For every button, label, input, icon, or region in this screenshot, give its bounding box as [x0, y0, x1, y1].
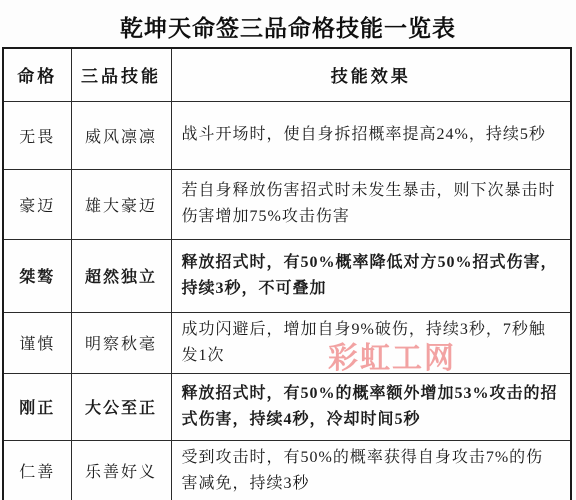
header-skill: 三品技能 [71, 48, 171, 101]
skill-cell: 大公至正 [71, 373, 171, 440]
skill-cell: 乐善好义 [71, 440, 171, 500]
fate-cell: 刚正 [3, 373, 71, 440]
table-row: 仁善 乐善好义 受到攻击时，有50%的概率获得自身攻击7%的伤害减免，持续3秒 [3, 440, 571, 500]
table-body: 无畏 威风凛凛 战斗开场时，使自身拆招概率提高24%，持续5秒 豪迈 雄大豪迈 … [3, 101, 571, 500]
effect-cell: 释放招式时，有50%概率降低对方50%招式伤害，持续3秒，不可叠加 [171, 239, 571, 312]
skill-cell: 威风凛凛 [71, 101, 171, 169]
table-row: 桀骜 超然独立 释放招式时，有50%概率降低对方50%招式伤害，持续3秒，不可叠… [3, 239, 571, 312]
effect-cell: 释放招式时，有50%的概率额外增加53%攻击的招式伤害，持续4秒，冷却时间5秒 [171, 373, 571, 440]
effect-cell: 成功闪避后，增加自身9%破伤，持续3秒，7秒触发1次 [171, 312, 571, 373]
table-row: 豪迈 雄大豪迈 若自身释放伤害招式时未发生暴击，则下次暴击时伤害增加75%攻击伤… [3, 169, 571, 239]
skill-cell: 超然独立 [71, 239, 171, 312]
table-header: 命格 三品技能 技能效果 [3, 48, 571, 101]
skill-cell: 雄大豪迈 [71, 169, 171, 239]
effect-cell: 战斗开场时，使自身拆招概率提高24%，持续5秒 [171, 101, 571, 169]
page-title: 乾坤天命签三品命格技能一览表 [0, 10, 576, 43]
table-row: 谨慎 明察秋毫 成功闪避后，增加自身9%破伤，持续3秒，7秒触发1次 [3, 312, 571, 373]
fate-cell: 桀骜 [3, 239, 71, 312]
header-row: 命格 三品技能 技能效果 [3, 48, 571, 101]
header-fate: 命格 [3, 48, 71, 101]
skill-cell: 明察秋毫 [71, 312, 171, 373]
table-row: 无畏 威风凛凛 战斗开场时，使自身拆招概率提高24%，持续5秒 [3, 101, 571, 169]
header-effect: 技能效果 [171, 48, 571, 101]
fate-cell: 无畏 [3, 101, 71, 169]
fate-cell: 仁善 [3, 440, 71, 500]
skill-table: 命格 三品技能 技能效果 无畏 威风凛凛 战斗开场时，使自身拆招概率提高24%，… [2, 47, 572, 500]
table-row: 刚正 大公至正 释放招式时，有50%的概率额外增加53%攻击的招式伤害，持续4秒… [3, 373, 571, 440]
effect-cell: 若自身释放伤害招式时未发生暴击，则下次暴击时伤害增加75%攻击伤害 [171, 169, 571, 239]
effect-cell: 受到攻击时，有50%的概率获得自身攻击7%的伤害减免，持续3秒 [171, 440, 571, 500]
fate-cell: 谨慎 [3, 312, 71, 373]
fate-cell: 豪迈 [3, 169, 71, 239]
